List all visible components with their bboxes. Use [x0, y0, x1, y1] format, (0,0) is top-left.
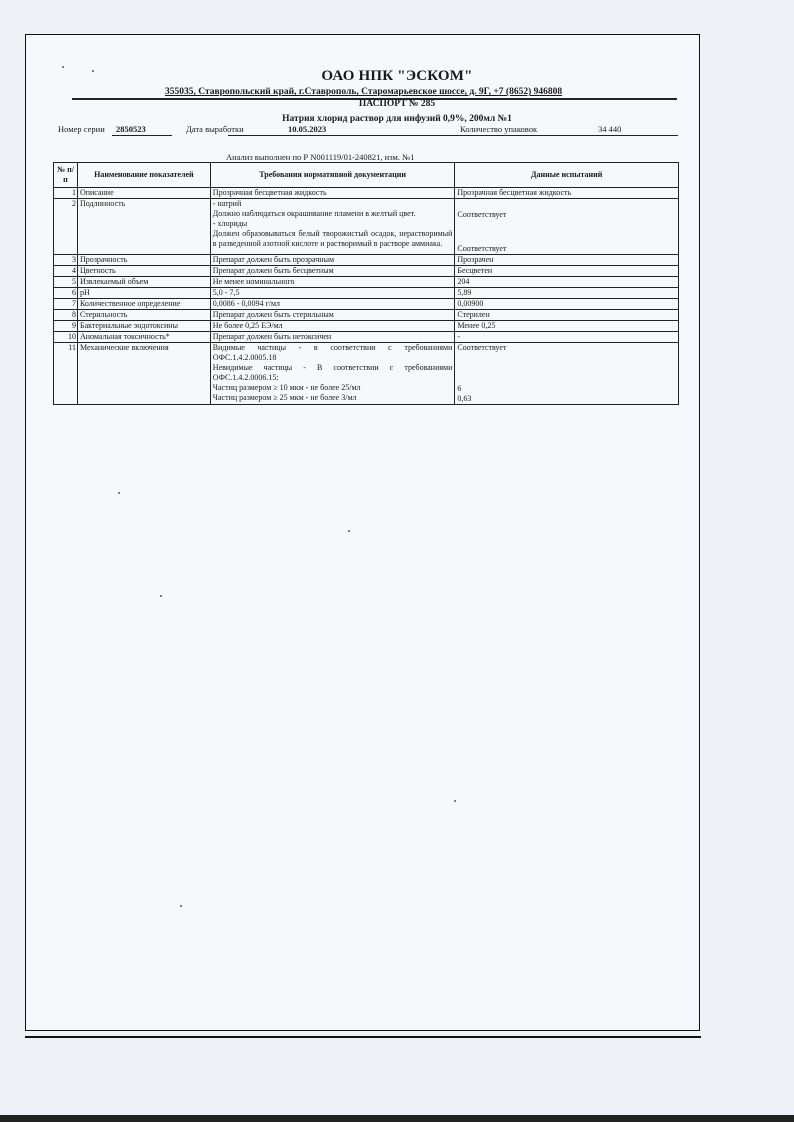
series-value: 2850523 [116, 124, 146, 134]
table-body: 1ОписаниеПрозрачная бесцветная жидкостьП… [54, 188, 679, 405]
result-text: 204 [457, 277, 676, 287]
date-label: Дата выработки [186, 124, 244, 134]
table-row: 8СтерильностьПрепарат должен быть стерил… [54, 310, 679, 321]
scan-speck [454, 800, 456, 802]
result-cell: Стерилен [455, 310, 679, 321]
requirement-text: - хлориды [213, 219, 453, 229]
table-row: 2Подлинность- натрийДолжно наблюдаться о… [54, 199, 679, 255]
table-row: 3ПрозрачностьПрепарат должен быть прозра… [54, 255, 679, 266]
indicator-name: Стерильность [77, 310, 210, 321]
requirement-cell: Видимые частицы - в соответствии с требо… [210, 343, 455, 405]
row-number: 7 [54, 299, 78, 310]
indicator-name: pH [77, 288, 210, 299]
indicator-name: Подлинность [77, 199, 210, 255]
result-text: Стерилен [457, 310, 676, 320]
meta-underline [228, 135, 678, 136]
scan-speck [62, 66, 64, 68]
requirement-cell: Не менее номинального [210, 277, 455, 288]
requirement-cell: Препарат должен быть стерильным [210, 310, 455, 321]
row-number: 11 [54, 343, 78, 405]
table-header-row: № п/п Наименование показателей Требовани… [54, 163, 679, 188]
result-text: Прозрачен [457, 255, 676, 265]
result-cell: СоответствуетСоответствует [455, 199, 679, 255]
requirement-text: Прозрачная бесцветная жидкость [213, 188, 453, 198]
result-cell: - [455, 332, 679, 343]
requirement-text: 0,0086 - 0,0094 г/мл [213, 299, 453, 309]
table-row: 6pH5,0 - 7,55,89 [54, 288, 679, 299]
header-num: № п/п [54, 163, 78, 188]
scan-edge [0, 1115, 794, 1122]
result-text: - [457, 332, 676, 342]
packages-label: Количество упаковок [460, 124, 537, 134]
requirement-cell: Препарат должен быть прозрачным [210, 255, 455, 266]
requirement-cell: 0,0086 - 0,0094 г/мл [210, 299, 455, 310]
indicator-name: Цветность [77, 266, 210, 277]
indicator-name: Извлекаемый объем [77, 277, 210, 288]
table-row: 11Механические включенияВидимые частицы … [54, 343, 679, 405]
result-text: Прозрачная бесцветная жидкость [457, 188, 676, 198]
table-row: 4ЦветностьПрепарат должен быть бесцветны… [54, 266, 679, 277]
result-text: 5,89 [457, 288, 676, 298]
indicator-name: Бактериальные эндотоксины [77, 321, 210, 332]
result-text: Соответствует [457, 210, 676, 220]
result-text: 0,63 [457, 394, 676, 404]
requirement-text: Должно наблюдаться окрашивание пламени в… [213, 209, 453, 219]
requirement-cell: Препарат должен быть нетоксичен [210, 332, 455, 343]
result-text: Менее 0,25 [457, 321, 676, 331]
packages-value: 34 440 [598, 124, 621, 134]
row-number: 9 [54, 321, 78, 332]
requirement-text: Препарат должен быть стерильным [213, 310, 453, 320]
row-number: 5 [54, 277, 78, 288]
indicator-name: Описание [77, 188, 210, 199]
result-text: Бесцветен [457, 266, 676, 276]
table-row: 7Количественное определение0,0086 - 0,00… [54, 299, 679, 310]
scan-speck [180, 905, 182, 907]
company-address: 355035, Ставропольский край, г.Ставропол… [165, 87, 562, 97]
series-underline [112, 135, 172, 136]
indicator-name: Количественное определение [77, 299, 210, 310]
result-text: Соответствует [457, 343, 676, 353]
bottom-rule [25, 1036, 701, 1038]
analysis-note: Анализ выполнен по Р N001119/01-240821, … [226, 152, 414, 162]
result-cell: Прозрачная бесцветная жидкость [455, 188, 679, 199]
requirement-text: Препарат должен быть бесцветным [213, 266, 453, 276]
requirement-text: Частиц размером ≥ 25 мкм - не более 3/мл [213, 393, 453, 403]
requirement-text: Препарат должен быть прозрачным [213, 255, 453, 265]
requirement-text: 5,0 - 7,5 [213, 288, 453, 298]
result-cell: Бесцветен [455, 266, 679, 277]
result-text: Соответствует [457, 244, 676, 254]
company-name: ОАО НПК "ЭСКОМ" [0, 68, 794, 85]
result-cell: Менее 0,25 [455, 321, 679, 332]
requirement-cell: 5,0 - 7,5 [210, 288, 455, 299]
requirement-text: Должен образовываться белый творожистый … [213, 229, 453, 249]
scan-speck [92, 70, 94, 72]
result-cell: 204 [455, 277, 679, 288]
indicator-name: Механические включения [77, 343, 210, 405]
row-number: 4 [54, 266, 78, 277]
scan-speck [118, 492, 120, 494]
table-row: 10Аномальная токсичность*Препарат должен… [54, 332, 679, 343]
passport-title: ПАСПОРТ № 285 [0, 99, 794, 109]
requirement-cell: Не более 0,25 ЕЭ/мл [210, 321, 455, 332]
requirement-text: - натрий [213, 199, 453, 209]
scan-speck [160, 595, 162, 597]
product-name: Натрия хлорид раствор для инфузий 0,9%, … [0, 114, 794, 124]
requirement-text: Не менее номинального [213, 277, 453, 287]
result-text: 0,00900 [457, 299, 676, 309]
table-row: 5Извлекаемый объемНе менее номинального2… [54, 277, 679, 288]
row-number: 6 [54, 288, 78, 299]
requirement-text: Видимые частицы - в соответствии с требо… [213, 343, 453, 363]
series-label: Номер серии [58, 124, 105, 134]
requirement-text: Невидимые частицы - В соответствии с тре… [213, 363, 453, 383]
scan-speck [348, 530, 350, 532]
indicator-name: Прозрачность [77, 255, 210, 266]
row-number: 3 [54, 255, 78, 266]
requirement-cell: Прозрачная бесцветная жидкость [210, 188, 455, 199]
requirement-text: Не более 0,25 ЕЭ/мл [213, 321, 453, 331]
table-row: 1ОписаниеПрозрачная бесцветная жидкостьП… [54, 188, 679, 199]
result-text: 6 [457, 384, 676, 394]
row-number: 1 [54, 188, 78, 199]
header-name: Наименование показателей [77, 163, 210, 188]
specification-table: № п/п Наименование показателей Требовани… [53, 162, 679, 405]
requirement-text: Препарат должен быть нетоксичен [213, 332, 453, 342]
header-requirements: Требования нормативной документации [210, 163, 455, 188]
requirement-cell: - натрийДолжно наблюдаться окрашивание п… [210, 199, 455, 255]
table-row: 9Бактериальные эндотоксиныНе более 0,25 … [54, 321, 679, 332]
result-cell: 0,00900 [455, 299, 679, 310]
requirement-cell: Препарат должен быть бесцветным [210, 266, 455, 277]
row-number: 2 [54, 199, 78, 255]
indicator-name: Аномальная токсичность* [77, 332, 210, 343]
row-number: 10 [54, 332, 78, 343]
date-value: 10.05.2023 [288, 124, 326, 134]
row-number: 8 [54, 310, 78, 321]
result-cell: 5,89 [455, 288, 679, 299]
header-results: Данные испытаний [455, 163, 679, 188]
result-cell: Прозрачен [455, 255, 679, 266]
result-cell: Соответствует60,63 [455, 343, 679, 405]
requirement-text: Частиц размером ≥ 10 мкм - не более 25/м… [213, 383, 453, 393]
